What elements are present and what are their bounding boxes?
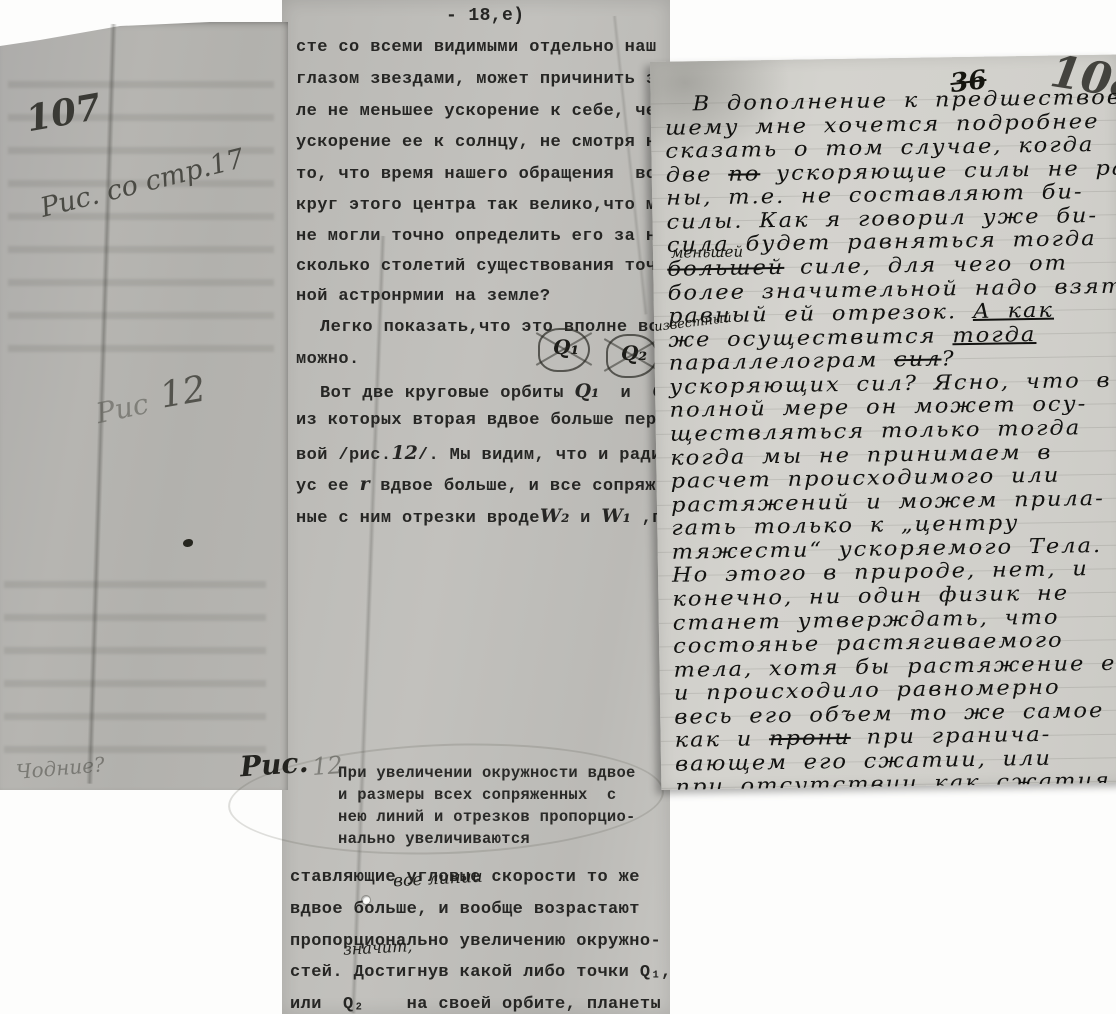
archival-scan: 107 Рис. со стр.17 Рис 12 Чодние? - 18,е… <box>0 0 1116 1014</box>
typed-line: ные с ним отрезки вродеW₂ и W₁ ,пре <box>296 505 684 528</box>
insert-above-line: меньшей <box>671 243 743 262</box>
hw-text: ? <box>941 346 955 370</box>
typed-line: стей. Достигнув какой либо точки Q₁, <box>290 963 672 982</box>
typed-line: не могли точно определить его за н <box>296 227 656 246</box>
insert-note-znachit: значит, <box>343 936 413 959</box>
handwritten-symbol: r <box>360 473 370 495</box>
typed-line: ускорение ее к солнцу, не смотря н <box>296 133 656 152</box>
hw-struck: сил <box>894 346 942 371</box>
caption-line: нально увеличиваются <box>338 830 530 848</box>
typed-segment: Вот две круговые орбиты <box>320 384 574 403</box>
fig-caption-label: Рис. <box>239 746 309 784</box>
typed-line: из которых вторая вдвое больше пер- <box>296 411 667 430</box>
typed-line: круг этого центра так велико,что м <box>296 196 656 215</box>
hw-underlined: тогда <box>952 322 1036 347</box>
hw-struck: прони <box>769 725 851 750</box>
typed-line: ле не меньшее ускорение к себе, че <box>296 102 656 121</box>
typed-line: можно. <box>296 350 360 369</box>
typed-line: глазом звездами, может причинить з <box>296 70 656 89</box>
typed-segment: и <box>599 384 652 403</box>
caption-line: и размеры всех сопряженных с <box>338 786 616 804</box>
typed-line: вдвое больше, и вообще возрастают <box>290 900 640 919</box>
typed-segment: ус ее <box>296 477 360 496</box>
typed-line: ус ее r вдвое больше, и все сопряж <box>296 473 656 496</box>
hw-text: при гранича- <box>851 722 1052 749</box>
typed-line: сколько столетий существования точ- <box>296 257 667 276</box>
typed-line: вой /рис.12/. Мы видим, что и ради <box>296 442 662 465</box>
hw-text: как и <box>674 726 769 751</box>
typed-line: или Q₂ на своей орбите, планеты <box>290 995 661 1014</box>
handwritten-symbol: 12 <box>391 442 417 464</box>
hw-underlined: А как <box>973 298 1054 323</box>
typed-segment: ные с ним отрезки вроде <box>296 509 540 528</box>
typed-line: Легко показать,что это вполне во <box>320 318 659 337</box>
typed-segment: /. Мы видим, что и ради <box>418 446 662 465</box>
typed-line: ной астронрмии на земле? <box>296 287 550 306</box>
page-header: - 18,е) <box>446 6 524 26</box>
typed-segment: вдвое больше, и все сопряж <box>370 477 656 496</box>
fig-caption-number: 12 <box>311 751 343 781</box>
typed-segment: и <box>570 509 602 528</box>
handwritten-symbol: W₂ <box>540 505 570 527</box>
typed-line: сте со всеми видимыми отдельно наш <box>296 38 656 57</box>
handwritten-page: 36 108 известный меньшей В дополнение к … <box>650 55 1116 790</box>
caption-line: нею линий и отрезков пропорцио- <box>338 808 636 826</box>
handwritten-symbol: W₁ <box>601 505 631 527</box>
bleed-through-text-lower <box>4 562 266 772</box>
hw-struck: по <box>728 161 760 186</box>
caption-line: При увеличении окружности вдвое <box>338 764 636 782</box>
margin-note-fig-num: 12 <box>157 368 209 416</box>
typed-segment: вой /рис. <box>296 446 391 465</box>
corner-number-struck: 36 <box>949 65 989 99</box>
handwritten-symbol: Q₁ <box>574 380 599 402</box>
hw-text: параллелограм <box>669 347 895 375</box>
typed-line: Вот две круговые орбиты Q₁ и Q₂ <box>320 380 677 403</box>
hw-text: две <box>666 162 729 187</box>
typed-line: то, что время нашего обращения во- <box>296 165 667 184</box>
